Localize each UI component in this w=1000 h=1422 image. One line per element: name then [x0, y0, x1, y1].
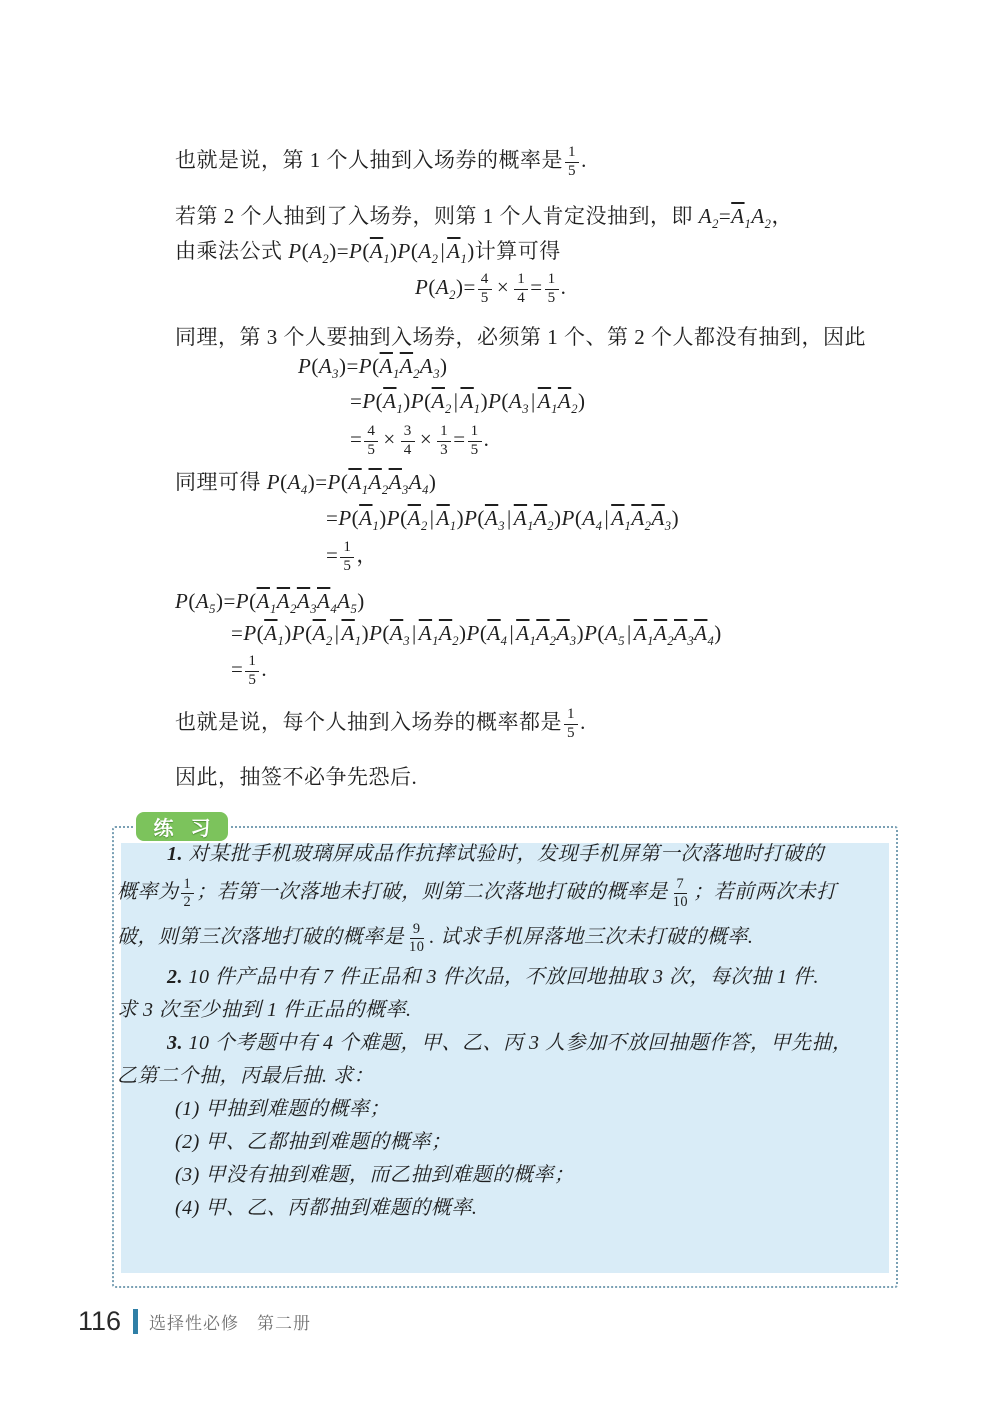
formula-line: P(A3)=P(A1A2A3) [298, 353, 448, 381]
practice-line: 乙第二个抽，丙最后抽. 求： [117, 1060, 892, 1093]
practice-line: 2. 10 件产品中有 7 件正品和 3 件次品，不放回地抽取 3 次，每次抽 … [117, 961, 892, 994]
body-paragraph: 也就是说，每个人抽到入场券的概率都是15. [175, 701, 586, 748]
practice-box: 练 习 1. 对某批手机玻璃屏成品作抗摔试验时，发现手机屏第一次落地时打破的 概… [112, 826, 898, 1288]
formula-line: 同理可得 P(A4)=P(A1A2A3A4) [175, 469, 436, 497]
formula-line: =15. [231, 648, 267, 695]
practice-line: 概率为12；若第一次落地未打破，则第二次落地打破的概率是710；若前两次未打 [117, 871, 892, 916]
body-paragraph: 也就是说，第 1 个人抽到入场券的概率是15. [175, 139, 587, 186]
practice-subquestion: (3) 甲没有抽到难题，而乙抽到难题的概率； [117, 1159, 892, 1192]
textbook-page: 也就是说，第 1 个人抽到入场券的概率是15. 若第 2 个人抽到了入场券，则第… [0, 0, 1000, 1422]
practice-subquestion: (4) 甲、乙、丙都抽到难题的概率. [117, 1192, 892, 1225]
practice-exercises: 1. 对某批手机玻璃屏成品作抗摔试验时，发现手机屏第一次落地时打破的 概率为12… [117, 838, 892, 1225]
practice-line: 求 3 次至少抽到 1 件正品的概率. [117, 994, 892, 1027]
footer-divider-bar [133, 1309, 138, 1334]
body-paragraph: 同理，第 3 个人要抽到入场券，必须第 1 个、第 2 个人都没有抽到，因此 [175, 324, 866, 351]
practice-line: 1. 对某批手机玻璃屏成品作抗摔试验时，发现手机屏第一次落地时打破的 [117, 838, 892, 871]
practice-line: 破，则第三次落地打破的概率是910. 试求手机屏落地三次未打破的概率. [117, 916, 892, 961]
book-title: 选择性必修 第二册 [149, 1309, 311, 1334]
formula-line: =15， [326, 534, 378, 581]
formula-line: =45×34×13=15. [350, 418, 489, 465]
formula-line: P(A5)=P(A1A2A3A4A5) [175, 588, 365, 616]
formula-line: =P(A1)P(A2|A1)P(A3|A1A2) [350, 388, 586, 416]
body-paragraph: 因此，抽签不必争先恐后. [175, 764, 417, 791]
body-paragraph: 由乘法公式 P(A2)=P(A1)P(A2|A1)计算可得 [175, 238, 561, 266]
practice-subquestion: (2) 甲、乙都抽到难题的概率； [117, 1126, 892, 1159]
formula-line: =P(A1)P(A2|A1)P(A3|A1A2)P(A4|A1A2A3) [326, 505, 679, 533]
page-number: 116 [78, 1306, 121, 1337]
body-paragraph: 若第 2 个人抽到了入场券，则第 1 个人肯定没抽到，即 A2=A1A2， [175, 203, 793, 231]
formula-line: P(A2)=45×14=15. [415, 266, 566, 313]
practice-line: 3. 10 个考题中有 4 个难题，甲、乙、丙 3 人参加不放回抽题作答，甲先抽… [117, 1027, 892, 1060]
formula-line: =P(A1)P(A2|A1)P(A3|A1A2)P(A4|A1A2A3)P(A5… [231, 620, 722, 648]
page-footer: 116 选择性必修 第二册 [78, 1306, 311, 1337]
practice-subquestion: (1) 甲抽到难题的概率； [117, 1093, 892, 1126]
